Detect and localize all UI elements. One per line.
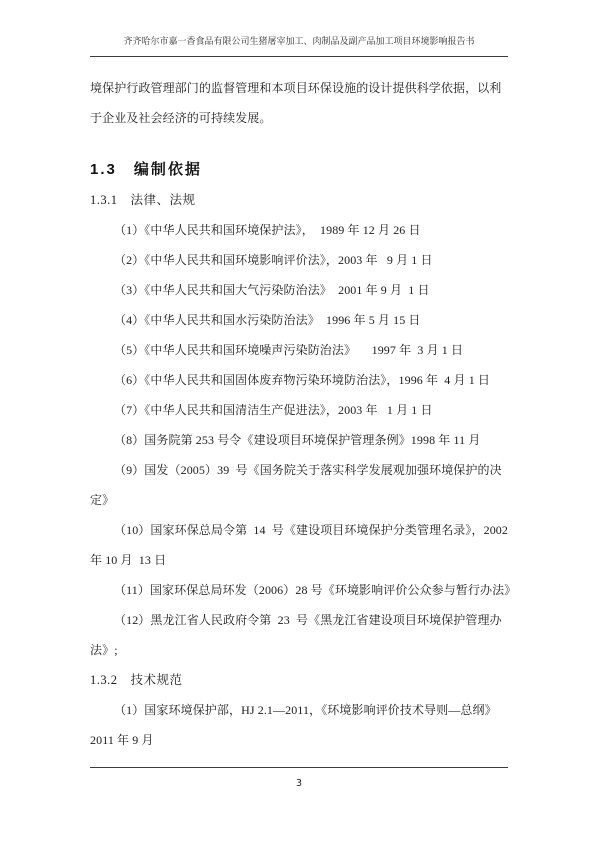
legal-item-5: （5）《中华人民共和国环境噪声污染防治法》 1997 年 3 月 1 日 xyxy=(90,335,508,365)
legal-item-8: （8）国务院第 253 号令《建设项目环境保护管理条例》1998 年 11 月 xyxy=(90,425,508,455)
subsection-heading-legal: 1.3.1 法律、法规 xyxy=(90,185,508,215)
tech-item-1-line-2: 2011 年 9 月 xyxy=(90,725,508,755)
intro-paragraph: 境保护行政管理部门的监督管理和本项目环保设施的设计提供科学依据，以利 于企业及社… xyxy=(90,73,508,133)
page-header: 齐齐哈尔市嘉一香食品有限公司生猪屠宰加工、肉制品及副产品加工项目环境影响报告书 xyxy=(90,0,508,57)
subsection-heading-tech: 1.3.2 技术规范 xyxy=(90,665,508,695)
legal-item-6: （6）《中华人民共和国固体废弃物污染环境防治法》，1996 年 4 月 1 日 xyxy=(90,365,508,395)
legal-item-9-line-2: 定》 xyxy=(90,485,508,515)
intro-line-2: 于企业及社会经济的可持续发展。 xyxy=(90,103,508,133)
legal-item-11: （11）国家环保总局环发（2006）28 号《环境影响评价公众参与暂行办法》 xyxy=(90,575,508,605)
page-footer: 3 xyxy=(90,767,508,791)
legal-item-4: （4）《中华人民共和国水污染防治法》 1996 年 5 月 15 日 xyxy=(90,305,508,335)
legal-item-3: （3）《中华人民共和国大气污染防治法》 2001 年 9 月 1 日 xyxy=(90,275,508,305)
legal-item-10-line-2: 年 10 月 13 日 xyxy=(90,545,508,575)
legal-item-7: （7）《中华人民共和国清洁生产促进法》，2003 年 1 月 1 日 xyxy=(90,395,508,425)
tech-item-1-line-1: （1）国家环境保护部，HJ 2.1—2011，《环境影响评价技术导则—总纲》 xyxy=(90,695,508,725)
legal-item-9-line-1: （9）国发（2005）39 号《国务院关于落实科学发展观加强环境保护的决 xyxy=(90,455,508,485)
section-heading: 1.3 编制依据 xyxy=(90,155,508,185)
legal-item-1: （1）《中华人民共和国环境保护法》， 1989 年 12 月 26 日 xyxy=(90,215,508,245)
document-page: 齐齐哈尔市嘉一香食品有限公司生猪屠宰加工、肉制品及副产品加工项目环境影响报告书 … xyxy=(0,0,595,841)
legal-item-12-line-2: 法》; xyxy=(90,635,508,665)
header-title: 齐齐哈尔市嘉一香食品有限公司生猪屠宰加工、肉制品及副产品加工项目环境影响报告书 xyxy=(90,34,508,48)
legal-item-12-line-1: （12）黑龙江省人民政府令第 23 号《黑龙江省建设项目环境保护管理办 xyxy=(90,605,508,635)
page-number: 3 xyxy=(296,778,302,789)
intro-line-1: 境保护行政管理部门的监督管理和本项目环保设施的设计提供科学依据，以利 xyxy=(90,73,508,103)
legal-item-10-line-1: （10）国家环保总局令第 14 号《建设项目环境保护分类管理名录》，2002 xyxy=(90,515,508,545)
legal-item-2: （2）《中华人民共和国环境影响评价法》，2003 年 9 月 1 日 xyxy=(90,245,508,275)
